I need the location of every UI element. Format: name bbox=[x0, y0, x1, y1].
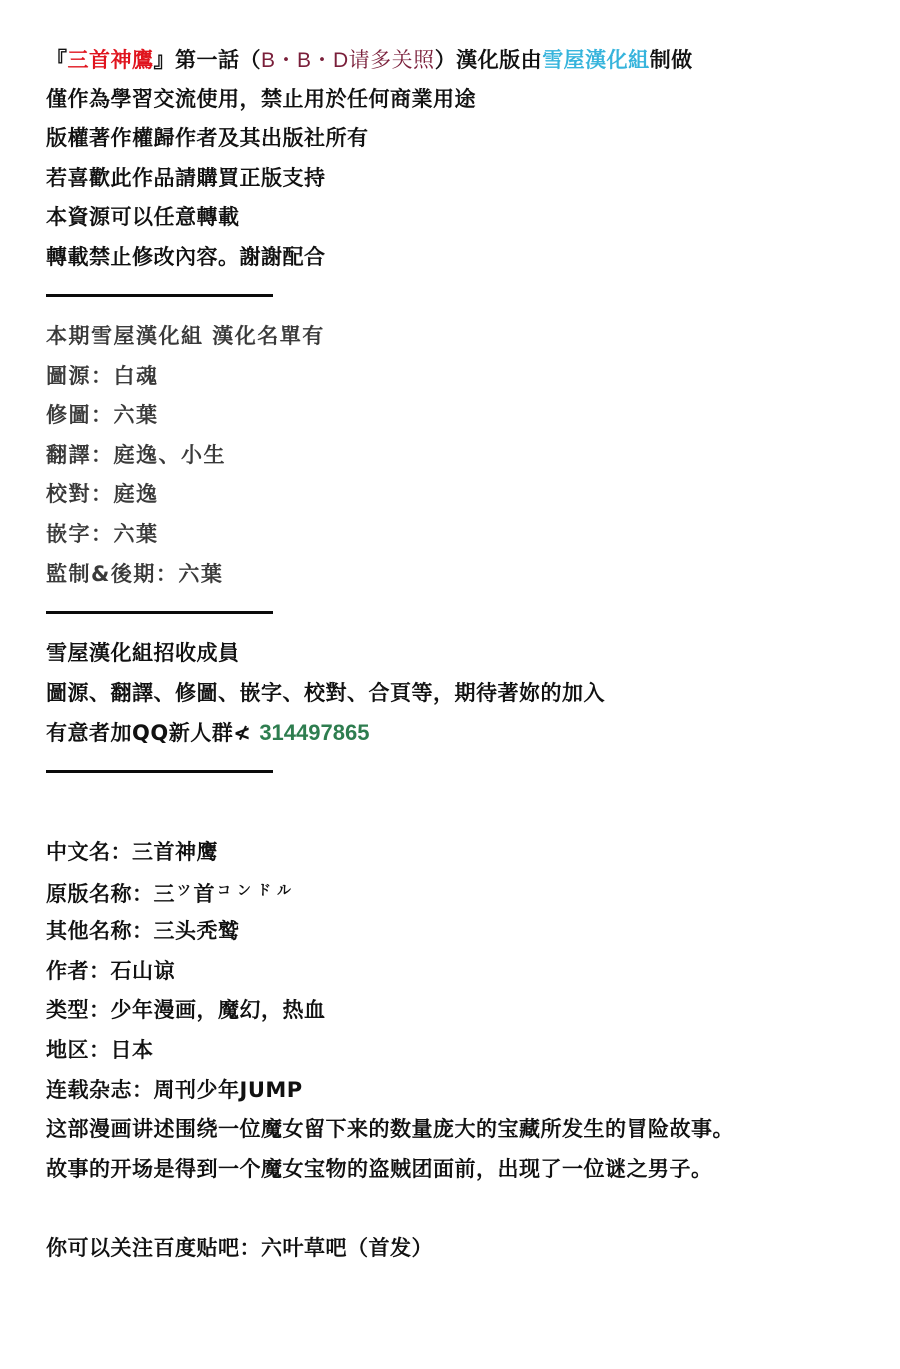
info-synopsis: 这部漫画讲述围绕一位魔女留下来的数量庞大的宝藏所发生的冒险故事。 bbox=[46, 1114, 734, 1144]
divider bbox=[46, 770, 273, 773]
notice-line: 本資源可以任意轉載 bbox=[46, 202, 240, 232]
made-by: 制做 bbox=[650, 48, 693, 72]
notice-line: 若喜歡此作品請購買正版支持 bbox=[46, 163, 326, 193]
recruit-qq-line: 有意者加QQ新人群≮314497865 bbox=[46, 718, 369, 748]
credit-item: 圖源：白魂 bbox=[46, 361, 159, 391]
original-name-kana: コンドル bbox=[217, 883, 297, 899]
after-note: ）漢化版由 bbox=[435, 48, 543, 72]
episode-label: 第一話（ bbox=[175, 48, 261, 72]
recruit-heading: 雪屋漢化組招收成員 bbox=[46, 638, 240, 668]
divider bbox=[46, 611, 273, 614]
credit-item: 嵌字：六葉 bbox=[46, 519, 159, 549]
close-bracket: 』 bbox=[154, 48, 176, 72]
credit-item: 修圖：六葉 bbox=[46, 400, 159, 430]
note-text: B・B・D请多关照 bbox=[261, 49, 435, 72]
notice-line: 僅作為學習交流使用，禁止用於任何商業用途 bbox=[46, 84, 476, 114]
header-line: 『三首神鷹』第一話（B・B・D请多关照）漢化版由雪屋漢化組制做 bbox=[46, 45, 693, 75]
info-synopsis: 故事的开场是得到一个魔女宝物的盗贼团面前，出现了一位谜之男子。 bbox=[46, 1154, 713, 1184]
qq-label: 有意者加QQ新人群≮ bbox=[46, 721, 251, 745]
info-chinese-name: 中文名：三首神鹰 bbox=[46, 837, 218, 867]
info-magazine: 连载杂志：周刊少年JUMP bbox=[46, 1075, 303, 1105]
qq-number: 314497865 bbox=[259, 720, 369, 745]
info-original-name: 原版名称：三ツ首コンドル bbox=[46, 876, 299, 906]
info-other-name: 其他名称：三头秃鹫 bbox=[46, 916, 240, 946]
credit-item: 翻譯：庭逸、小生 bbox=[46, 440, 226, 470]
open-bracket: 『 bbox=[46, 48, 68, 72]
credit-item: 校對：庭逸 bbox=[46, 479, 159, 509]
notice-line: 轉載禁止修改內容。謝謝配合 bbox=[46, 242, 326, 272]
info-author: 作者：石山谅 bbox=[46, 956, 175, 986]
group-name: 雪屋漢化組 bbox=[542, 48, 650, 72]
manga-title: 三首神鷹 bbox=[68, 48, 154, 72]
notice-line: 版權著作權歸作者及其出版社所有 bbox=[46, 123, 369, 153]
credit-item: 監制&後期：六葉 bbox=[46, 559, 223, 589]
info-region: 地区：日本 bbox=[46, 1035, 154, 1065]
recruit-roles: 圖源、翻譯、修圖、嵌字、校對、合頁等，期待著妳的加入 bbox=[46, 678, 605, 708]
original-name-mid: 首 bbox=[194, 882, 216, 906]
divider bbox=[46, 294, 273, 297]
credits-heading: 本期雪屋漢化組 漢化名單有 bbox=[46, 321, 325, 351]
original-name-prefix: 原版名称：三 bbox=[46, 882, 175, 906]
info-follow: 你可以关注百度贴吧：六叶草吧（首发） bbox=[46, 1233, 433, 1263]
original-name-kana: ツ bbox=[177, 883, 192, 899]
info-genre: 类型：少年漫画，魔幻，热血 bbox=[46, 995, 326, 1025]
